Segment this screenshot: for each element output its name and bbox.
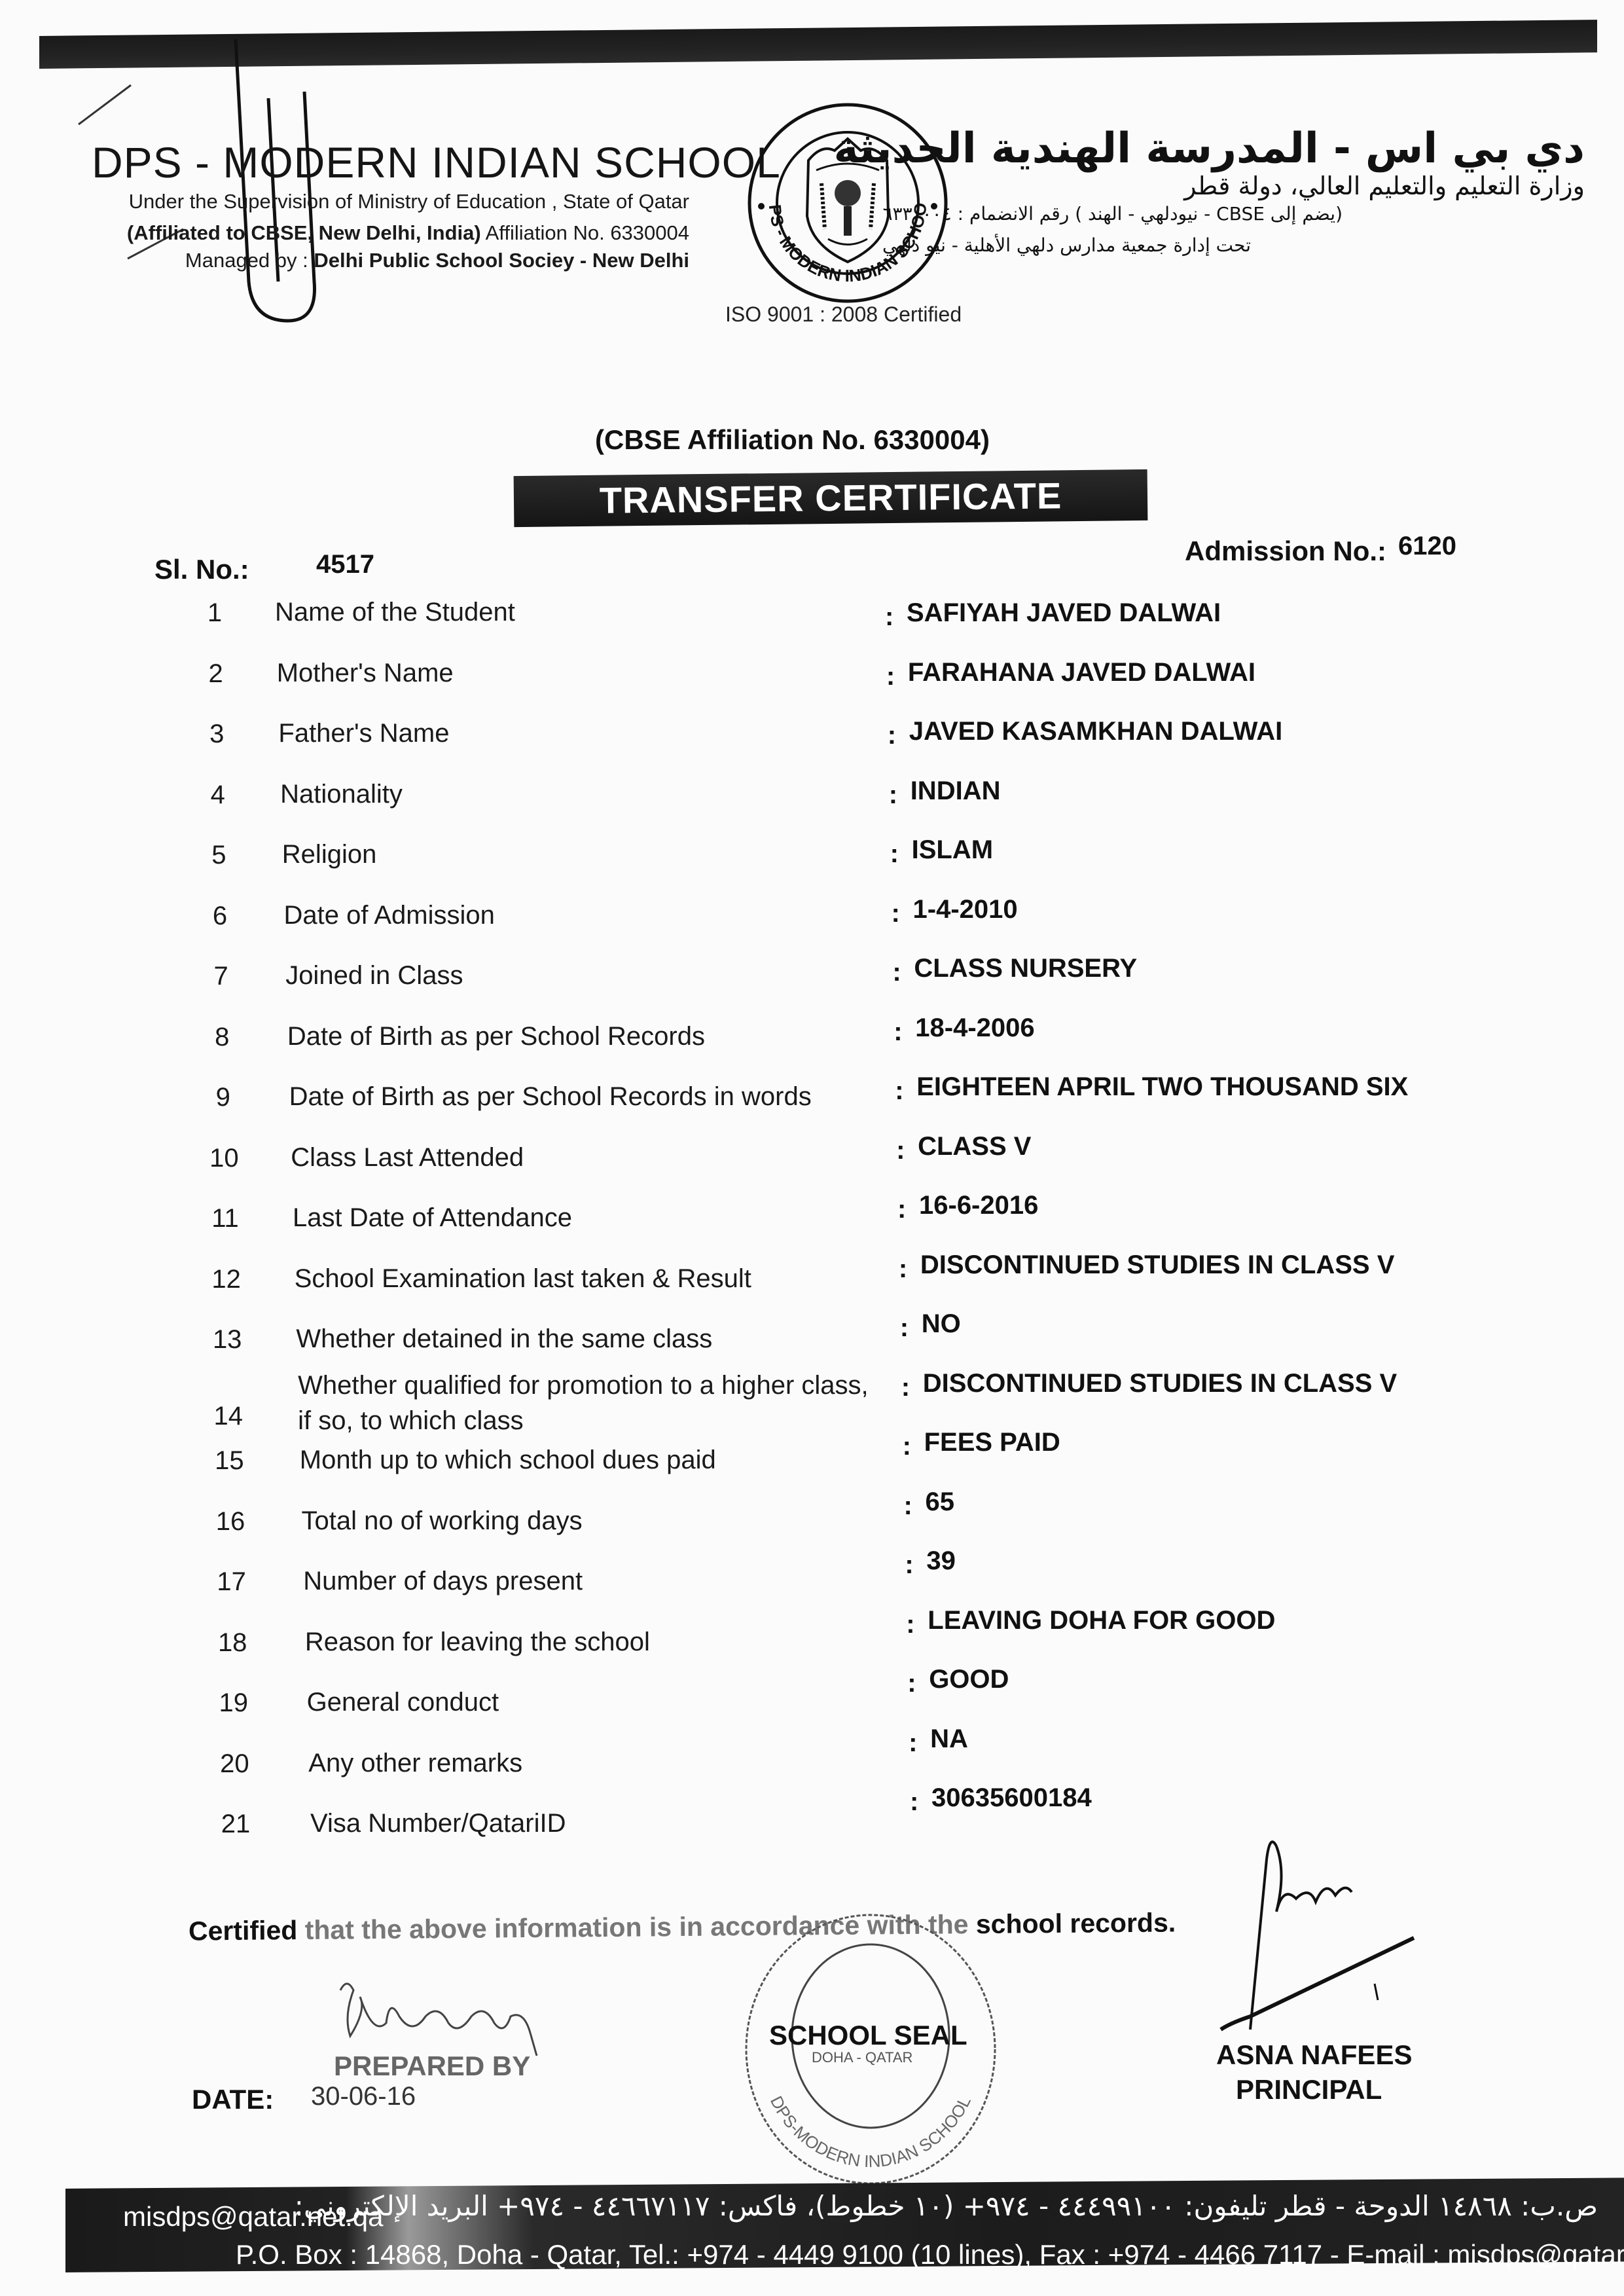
seal-ring-text: DPS-MODERN INDIAN SCHOOL xyxy=(767,2093,975,2172)
field-number: 8 xyxy=(202,1023,242,1052)
field-separator: : xyxy=(904,1491,912,1521)
field-separator: : xyxy=(888,721,896,750)
supervision-line: Under the Supervision of Ministry of Edu… xyxy=(129,190,689,213)
field-row: 13Whether detained in the same class:NO xyxy=(0,1321,1624,1367)
field-row: 19General conduct:GOOD xyxy=(0,1685,1624,1730)
field-label: Month up to which school dues paid xyxy=(300,1442,716,1478)
field-row: 8Date of Birth as per School Records:18-… xyxy=(0,1019,1624,1065)
date-value: 30-06-16 xyxy=(311,2082,416,2111)
seal-title: SCHOOL SEAL xyxy=(769,2020,967,2051)
field-separator: : xyxy=(889,780,897,810)
field-label: Date of Admission xyxy=(284,898,495,933)
field-separator: : xyxy=(909,1728,917,1758)
field-value: JAVED KASAMKHAN DALWAI xyxy=(909,717,1282,746)
field-separator: : xyxy=(886,662,895,691)
field-number: 14 xyxy=(209,1402,248,1431)
field-number: 3 xyxy=(197,720,236,749)
field-number: 16 xyxy=(211,1507,250,1537)
field-row: 14Whether qualified for promotion to a h… xyxy=(0,1382,1624,1428)
principal-name: ASNA NAFEES xyxy=(1216,2039,1412,2071)
field-label: School Examination last taken & Result xyxy=(295,1261,751,1296)
field-separator: : xyxy=(893,1017,902,1047)
field-label: Last Date of Attendance xyxy=(293,1200,572,1235)
field-label: Whether detained in the same class xyxy=(296,1321,712,1357)
affiliation-bold: (Affiliated to CBSE, New Delhi, India) xyxy=(127,221,481,244)
field-value: DISCONTINUED STUDIES IN CLASS V xyxy=(923,1369,1398,1398)
field-row: 4Nationality:INDIAN xyxy=(0,776,1624,822)
field-number: 19 xyxy=(214,1688,253,1718)
certified-text-a: Certified xyxy=(189,1915,305,1946)
field-number: 20 xyxy=(215,1749,254,1779)
principal-title: PRINCIPAL xyxy=(1236,2074,1382,2105)
field-number: 17 xyxy=(212,1567,251,1597)
field-value: 16-6-2016 xyxy=(919,1191,1038,1220)
preparer-signature xyxy=(327,1971,589,2056)
field-number: 21 xyxy=(216,1810,255,1839)
field-row: 3Father's Name:JAVED KASAMKHAN DALWAI xyxy=(0,716,1624,761)
cbse-affiliation: (CBSE Affiliation No. 6330004) xyxy=(0,424,1624,456)
field-value: LEAVING DOHA FOR GOOD xyxy=(928,1606,1275,1635)
field-label: Name of the Student xyxy=(275,594,515,630)
field-separator: : xyxy=(907,1669,916,1698)
field-value: 18-4-2006 xyxy=(915,1013,1034,1043)
field-label: Joined in Class xyxy=(285,958,463,993)
field-value: NO xyxy=(922,1309,961,1339)
field-row: 6Date of Admission:1-4-2010 xyxy=(0,898,1624,943)
field-row: 18Reason for leaving the school:LEAVING … xyxy=(0,1624,1624,1670)
field-row: 20Any other remarks:NA xyxy=(0,1745,1624,1791)
field-separator: : xyxy=(892,958,901,987)
field-number: 15 xyxy=(209,1446,249,1476)
field-value: FEES PAID xyxy=(924,1428,1060,1457)
field-separator: : xyxy=(899,1254,907,1284)
field-number: 18 xyxy=(213,1628,252,1658)
iso-certification: ISO 9001 : 2008 Certified xyxy=(725,302,962,327)
field-row: 10Class Last Attended:CLASS V xyxy=(0,1140,1624,1186)
certification-statement: Certified that the above information is … xyxy=(189,1907,1176,1946)
arabic-ministry: وزارة التعليم والتعليم العالي، دولة قطر xyxy=(1184,172,1585,200)
field-separator: : xyxy=(906,1610,914,1639)
principal-signature xyxy=(1178,1833,1453,2043)
field-row: 2Mother's Name:FARAHANA JAVED DALWAI xyxy=(0,655,1624,701)
field-label: Date of Birth as per School Records in w… xyxy=(289,1079,812,1114)
field-value: ISLAM xyxy=(912,835,993,865)
field-separator: : xyxy=(901,1373,910,1402)
field-number: 13 xyxy=(208,1325,247,1355)
footer-contact: P.O. Box : 14868, Doha - Qatar, Tel.: +9… xyxy=(236,2239,1624,2270)
field-value: NA xyxy=(930,1724,968,1754)
field-label: Mother's Name xyxy=(277,655,454,691)
field-label: Any other remarks xyxy=(308,1745,522,1781)
field-value: 1-4-2010 xyxy=(913,895,1018,924)
footer-email[interactable]: misdps@qatar.net.qa xyxy=(123,2201,384,2232)
managed-line: Managed by : Delhi Public School Sociey … xyxy=(185,249,689,272)
field-label: Number of days present xyxy=(303,1563,583,1599)
field-number: 12 xyxy=(207,1265,246,1294)
field-row: 1Name of the Student:SAFIYAH JAVED DALWA… xyxy=(0,594,1624,640)
field-row: 15Month up to which school dues paid:FEE… xyxy=(0,1442,1624,1488)
affiliation-line: (Affiliated to CBSE, New Delhi, India) A… xyxy=(127,221,689,245)
certificate-title: TRANSFER CERTIFICATE xyxy=(514,469,1148,527)
field-value: EIGHTEEN APRIL TWO THOUSAND SIX xyxy=(916,1072,1408,1102)
field-number: 1 xyxy=(195,598,234,628)
field-label: Nationality xyxy=(280,776,403,812)
header-band xyxy=(39,20,1597,69)
field-separator: : xyxy=(905,1550,913,1580)
field-value: 30635600184 xyxy=(931,1783,1092,1813)
field-label: Visa Number/QatariID xyxy=(310,1806,566,1841)
field-value: FARAHANA JAVED DALWAI xyxy=(908,658,1255,687)
footer-arabic-contact: ص.ب: ١٤٨٦٨ الدوحة - قطر تليفون: ٤٤٤٩٩١٠٠… xyxy=(295,2190,1598,2222)
field-row: 16Total no of working days:65 xyxy=(0,1503,1624,1549)
field-value: CLASS V xyxy=(918,1132,1031,1161)
field-separator: : xyxy=(890,839,899,869)
field-row: 17Number of days present:39 xyxy=(0,1563,1624,1609)
field-row: 12School Examination last taken & Result… xyxy=(0,1261,1624,1307)
field-separator: : xyxy=(885,602,893,632)
field-number: 6 xyxy=(200,902,240,931)
field-label: Whether qualified for promotion to a hig… xyxy=(298,1368,869,1438)
field-separator: : xyxy=(900,1313,909,1343)
field-number: 9 xyxy=(204,1083,243,1112)
field-label: Father's Name xyxy=(278,716,449,751)
field-label: General conduct xyxy=(307,1685,499,1720)
arabic-affiliation: (يضم إلى CBSE - نيودلهي - الهند ) رقم ال… xyxy=(882,203,1343,225)
field-separator: : xyxy=(910,1787,918,1817)
admission-number-value: 6120 xyxy=(1398,532,1456,561)
svg-text:DPS-MODERN INDIAN SCHOOL: DPS-MODERN INDIAN SCHOOL xyxy=(767,2093,975,2172)
field-row: 5Religion:ISLAM xyxy=(0,837,1624,883)
field-number: 10 xyxy=(204,1144,244,1173)
field-number: 4 xyxy=(198,780,238,810)
field-separator: : xyxy=(892,899,900,928)
field-label: Religion xyxy=(282,837,377,872)
managed-prefix: Managed by : xyxy=(185,249,314,272)
field-separator: : xyxy=(903,1432,911,1461)
seal-location: DOHA - QATAR xyxy=(812,2049,912,2066)
field-value: GOOD xyxy=(929,1665,1009,1694)
field-separator: : xyxy=(895,1076,903,1106)
field-value: DISCONTINUED STUDIES IN CLASS V xyxy=(920,1250,1395,1280)
affiliation-number: Affiliation No. 6330004 xyxy=(481,221,689,244)
field-label: Class Last Attended xyxy=(291,1140,524,1175)
field-value: 39 xyxy=(926,1546,956,1576)
arabic-school-name: دي بي اس - المدرسة الهندية الحديثة xyxy=(834,124,1585,173)
field-value: CLASS NURSERY xyxy=(914,954,1137,983)
field-label: Reason for leaving the school xyxy=(305,1624,650,1660)
school-name: DPS - MODERN INDIAN SCHOOL xyxy=(92,137,781,187)
field-label: Total no of working days xyxy=(302,1503,583,1539)
managed-by: Delhi Public School Sociey - New Delhi xyxy=(314,249,689,272)
serial-number-label: Sl. No.: xyxy=(154,554,249,585)
prepared-by-label: PREPARED BY xyxy=(334,2050,530,2082)
field-number: 11 xyxy=(206,1204,245,1233)
serial-number-value: 4517 xyxy=(316,550,374,579)
field-row: 9Date of Birth as per School Records in … xyxy=(0,1079,1624,1125)
field-separator: : xyxy=(897,1195,906,1224)
field-value: INDIAN xyxy=(911,776,1001,806)
field-separator: : xyxy=(896,1136,905,1165)
field-row: 7Joined in Class:CLASS NURSERY xyxy=(0,958,1624,1004)
date-label: DATE: xyxy=(192,2084,274,2115)
field-value: 65 xyxy=(926,1487,955,1517)
field-value: SAFIYAH JAVED DALWAI xyxy=(907,598,1221,628)
field-number: 7 xyxy=(202,962,241,991)
field-number: 2 xyxy=(196,659,236,689)
field-row: 11Last Date of Attendance:16-6-2016 xyxy=(0,1200,1624,1246)
arabic-management: تحت إدارة جمعية مدارس دلهي الأهلية - نيو… xyxy=(882,234,1251,256)
field-label: Date of Birth as per School Records xyxy=(287,1019,705,1054)
admission-number-label: Admission No.: xyxy=(1185,536,1386,567)
field-number: 5 xyxy=(199,841,238,870)
